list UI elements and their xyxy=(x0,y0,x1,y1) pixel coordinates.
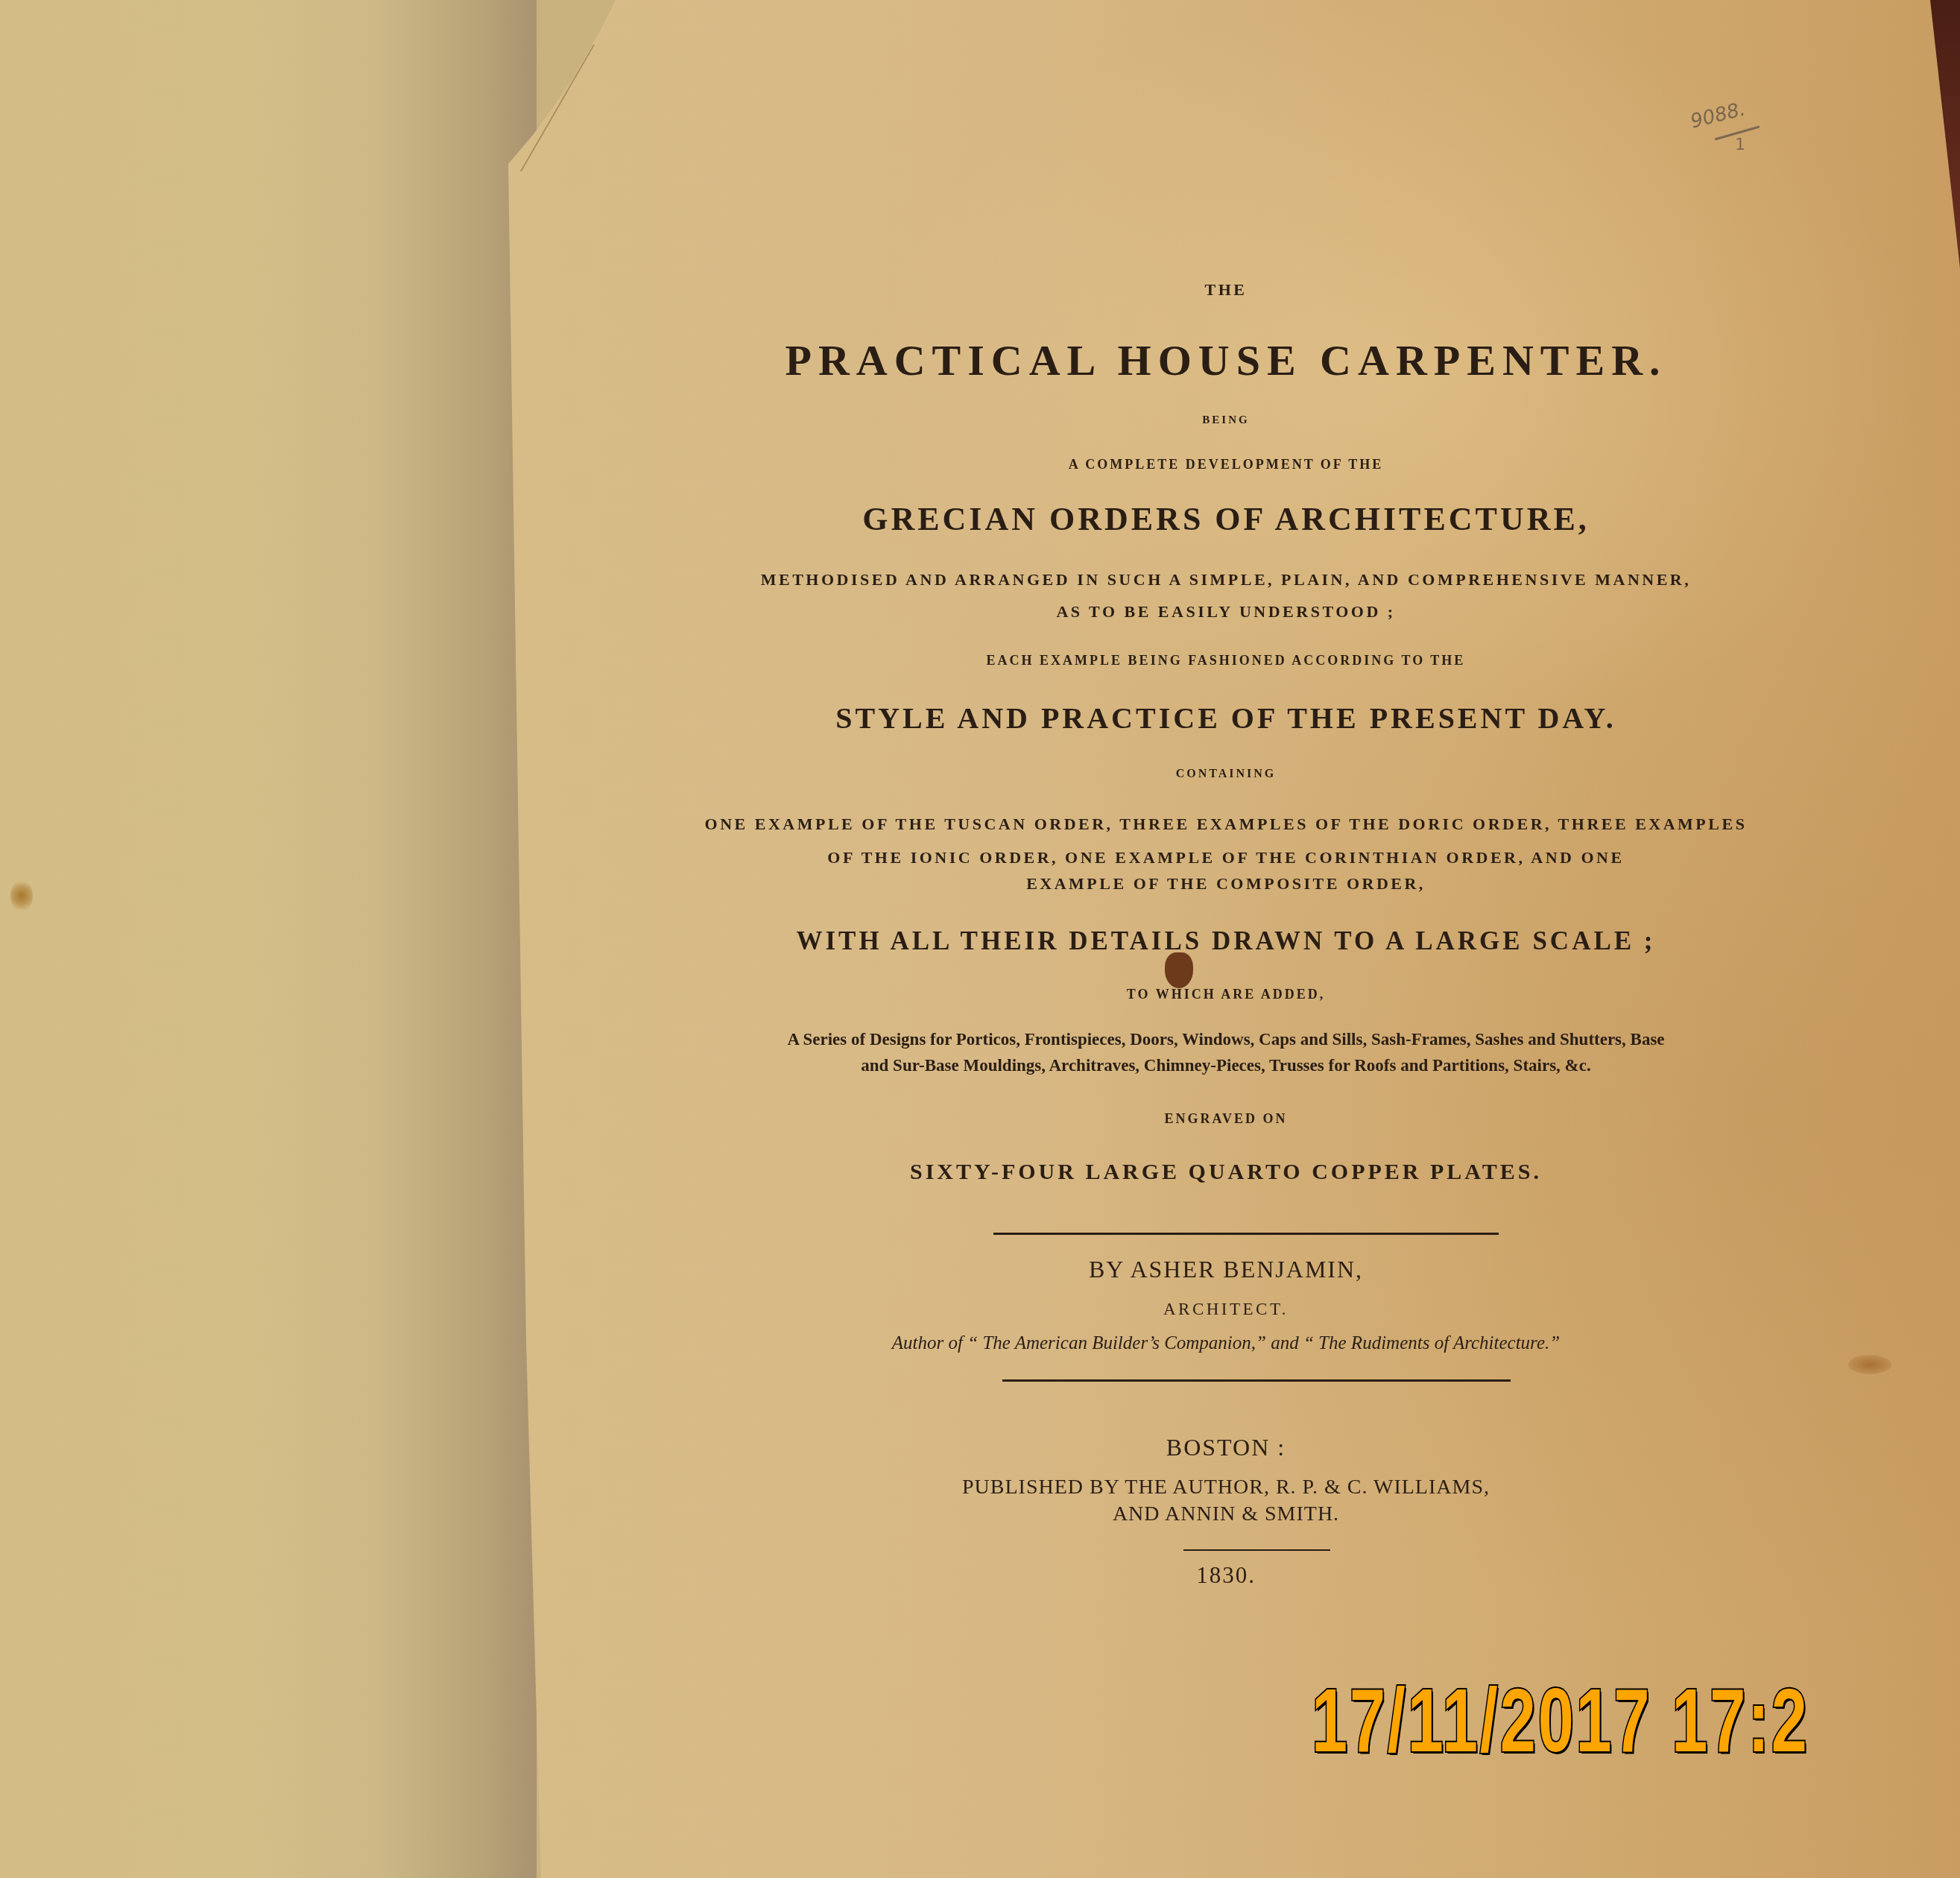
designs-line-1: A Series of Designs for Porticos, Fronti… xyxy=(693,1031,1759,1048)
orders-line-3: EXAMPLE OF THE COMPOSITE ORDER, xyxy=(693,876,1759,892)
author-works-line: Author of “ The American Builder’s Compa… xyxy=(693,1334,1759,1353)
designs-line-2: and Sur-Base Mouldings, Architraves, Chi… xyxy=(693,1057,1759,1074)
profession-line: ARCHITECT. xyxy=(693,1300,1759,1318)
containing-label: CONTAINING xyxy=(693,768,1759,780)
orders-line-2: OF THE IONIC ORDER, ONE EXAMPLE OF THE C… xyxy=(693,850,1759,866)
pre-title: THE xyxy=(693,282,1759,298)
divider-rule xyxy=(1002,1379,1511,1382)
details-heading: WITH ALL THEIR DETAILS DRAWN TO A LARGE … xyxy=(693,928,1759,954)
handwritten-catalog-sub: 1 xyxy=(1735,136,1745,154)
rust-stain xyxy=(1165,952,1193,988)
publisher-line-1: PUBLISHED BY THE AUTHOR, R. P. & C. WILL… xyxy=(693,1477,1759,1498)
foxing-stain xyxy=(1848,1355,1891,1374)
being-label: BEING xyxy=(693,415,1759,426)
camera-timestamp-overlay: 17/11/2017 17:2 xyxy=(1312,1669,1809,1772)
style-heading: STYLE AND PRACTICE OF THE PRESENT DAY. xyxy=(693,704,1759,733)
author-line: BY ASHER BENJAMIN, xyxy=(693,1257,1759,1281)
book-title: PRACTICAL HOUSE CARPENTER. xyxy=(693,339,1759,382)
each-example-line: EACH EXAMPLE BEING FASHIONED ACCORDING T… xyxy=(693,654,1759,667)
engraved-line: ENGRAVED ON xyxy=(693,1112,1759,1125)
publisher-line-2: AND ANNIN & SMITH. xyxy=(693,1504,1759,1525)
methodised-line-1: METHODISED AND ARRANGED IN SUCH A SIMPLE… xyxy=(693,572,1759,588)
short-divider-rule xyxy=(1183,1549,1330,1551)
divider-rule xyxy=(993,1233,1499,1235)
orders-line-1: ONE EXAMPLE OF THE TUSCAN ORDER, THREE E… xyxy=(693,816,1759,832)
subject-heading: GRECIAN ORDERS OF ARCHITECTURE, xyxy=(693,503,1759,536)
methodised-line-2: AS TO BE EASILY UNDERSTOOD ; xyxy=(693,604,1759,620)
city-line: BOSTON : xyxy=(693,1435,1759,1459)
blank-left-page xyxy=(0,0,537,1878)
development-line: A COMPLETE DEVELOPMENT OF THE xyxy=(693,458,1759,471)
foxing-stain xyxy=(10,879,33,912)
publication-year: 1830. xyxy=(693,1564,1759,1587)
plates-heading: SIXTY-FOUR LARGE QUARTO COPPER PLATES. xyxy=(693,1161,1759,1183)
added-line: TO WHICH ARE ADDED, xyxy=(693,987,1759,1001)
